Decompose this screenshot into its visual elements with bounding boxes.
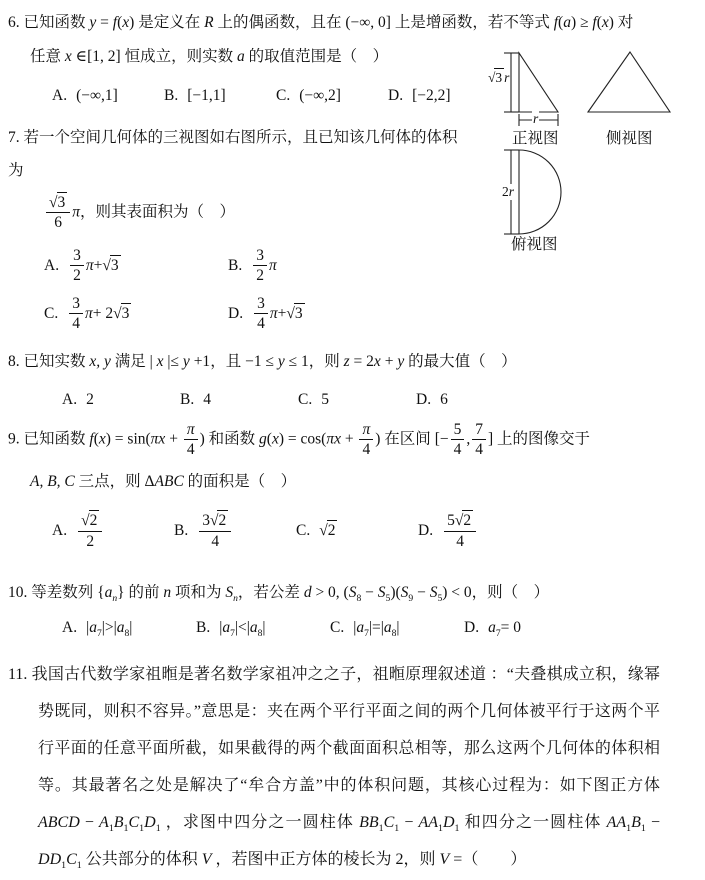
option-C: C.5 [298, 390, 416, 409]
option-D: D.a7 = 0 [464, 618, 598, 637]
front-view-label: 正视图 [512, 129, 559, 148]
subscripted-symbol: A1 [99, 814, 114, 831]
sqrt: √3 [49, 194, 67, 211]
subscripted-symbol: C1 [66, 851, 82, 868]
option-label: B. [180, 390, 194, 409]
side-view-triangle [588, 52, 670, 112]
option-label: B. [164, 86, 178, 105]
subscripted-symbol: a7 [222, 618, 235, 637]
option-label: C. [298, 390, 312, 409]
q6-options: A.(−∞,1]B.[−1,1]C.(−∞,2]D.[−2,2] [52, 86, 500, 105]
option-label: C. [44, 304, 58, 323]
front-view-figure [483, 48, 563, 130]
math-var: A [418, 814, 428, 831]
subscripted-symbol: D1 [144, 814, 161, 831]
sqrt: √3 [488, 70, 504, 86]
fraction: 74 [472, 421, 486, 459]
top-view-label: 俯视图 [511, 235, 558, 254]
option-label: C. [330, 618, 344, 637]
math-var: V [202, 851, 212, 868]
option-label: A. [62, 390, 77, 409]
math-var: R [204, 14, 213, 31]
math-var: r [533, 111, 538, 126]
subscripted-symbol: C1 [129, 814, 145, 831]
sqrt: √2 [455, 512, 473, 529]
subscripted-symbol: D1 [50, 851, 67, 868]
math-var: r [509, 184, 514, 199]
math-var: x [157, 353, 164, 370]
option-label: C. [296, 521, 310, 540]
subscripted-symbol: B1 [369, 814, 384, 831]
math-var: x [374, 353, 381, 370]
q9-line-1: 9. 已知函数 f(x) = sin(πx + π4) 和函数 g(x) = c… [8, 421, 590, 459]
q8-line-1: 8. 已知实数 x, y 满足 | x |≤ y +1，且 −1 ≤ y ≤ 1… [8, 352, 517, 371]
math-var: π [86, 256, 94, 275]
q7-line-2: 为 [8, 161, 24, 180]
subscripted-symbol: A1 [616, 814, 631, 831]
math-var: π [270, 304, 278, 323]
option-label: C. [276, 86, 290, 105]
subscripted-symbol: D1 [443, 814, 460, 831]
option-label: B. [228, 256, 242, 275]
q10-line-1: 10. 等差数列 {an} 的前 n 项和为 Sn，若公差 d > 0, (S8… [8, 583, 549, 602]
math-var: x [272, 430, 279, 447]
math-var: ABCD [38, 814, 80, 831]
q7-formula-line: √36π，则其表面积为（ ） [44, 194, 235, 232]
fraction: √36 [46, 194, 70, 232]
option-A: A.2 [62, 390, 180, 409]
math-var: r [504, 70, 509, 85]
subscripted-symbol: a8 [117, 618, 130, 637]
math-var: g [259, 430, 267, 447]
option-label: A. [44, 256, 59, 275]
option-label: B. [174, 521, 188, 540]
option-C: C.| a7 |=| a8 | [330, 618, 464, 637]
option-label: B. [196, 618, 210, 637]
math-var: x [602, 14, 609, 31]
subscripted-symbol: a7 [356, 618, 369, 637]
subscripted-symbol: S8 [349, 584, 362, 601]
option-A: A.| a7 |>| a8 | [62, 618, 196, 637]
math-var: a [237, 48, 245, 65]
option-C: C.(−∞,2] [276, 86, 388, 105]
subscripted-symbol: S5 [430, 584, 443, 601]
sqrt: √3 [113, 304, 131, 323]
front-view-base-dim-label: r [532, 111, 539, 127]
q9-line-2: A, B, C 三点，则 ΔABC 的面积是（ ） [30, 472, 296, 491]
subscripted-symbol: an [105, 584, 118, 601]
subscripted-symbol: B1 [114, 814, 129, 831]
subscripted-symbol: a7 [89, 618, 102, 637]
option-label: D. [416, 390, 431, 409]
math-var: D [38, 851, 50, 868]
front-view-triangle [519, 53, 558, 112]
option-label: A. [52, 521, 67, 540]
option-B: B.3√24 [174, 512, 296, 550]
fraction: √22 [78, 512, 102, 550]
fraction: π4 [359, 421, 373, 459]
fraction: 32 [253, 247, 267, 285]
math-var: n [163, 584, 171, 601]
exam-page: 6. 已知函数 y = f(x) 是定义在 R 上的偶函数，且在 (−∞, 0]… [0, 0, 705, 880]
math-var: πx [151, 430, 166, 447]
subscripted-symbol: a8 [384, 618, 397, 637]
top-view-diameter-dim-label: 2r [501, 184, 515, 200]
math-var: y [278, 353, 285, 370]
math-var: π [362, 421, 370, 438]
math-var: a [563, 14, 571, 31]
front-view-height-dim-label: √3r [487, 70, 510, 86]
option-C: C.34π + 2√3 [44, 295, 228, 333]
subscripted-symbol: B1 [631, 814, 646, 831]
option-label: D. [418, 521, 433, 540]
option-D: D.34π + √3 [228, 295, 448, 333]
math-var: B [359, 814, 369, 831]
math-var: πx [326, 430, 341, 447]
fraction: 5√24 [444, 512, 476, 550]
option-A: A.√22 [52, 512, 174, 550]
math-var: V [440, 851, 450, 868]
top-view-semicircle [519, 150, 561, 234]
q10-options: A.| a7 |>| a8 |B.| a7 |<| a8 |C.| a7 |=|… [62, 618, 598, 637]
sqrt: √2 [81, 512, 99, 529]
option-B: B.| a7 |<| a8 | [196, 618, 330, 637]
fraction: π4 [184, 421, 198, 459]
math-var: d [304, 584, 312, 601]
math-var: π [72, 203, 80, 220]
math-var: x [65, 48, 72, 65]
option-label: A. [52, 86, 67, 105]
sqrt: √3 [102, 256, 120, 275]
q11-paragraph: 11. 我国古代数学家祖暅是著名数学家祖冲之之子，祖暅原理叙述道 ：“夫叠棋成立… [8, 656, 660, 878]
math-var: x [99, 430, 106, 447]
option-B: B.32π [228, 247, 448, 285]
option-B: B.[−1,1] [164, 86, 276, 105]
sqrt: √3 [286, 304, 304, 323]
fraction: 34 [254, 295, 268, 333]
sqrt: √2 [319, 521, 337, 540]
subscripted-symbol: A1 [428, 814, 443, 831]
option-label: D. [464, 618, 479, 637]
q7-line-1: 7. 若一个空间几何体的三视图如右图所示，且已知该几何体的体积 [8, 128, 458, 147]
fraction: 34 [69, 295, 83, 333]
math-var: π [269, 256, 277, 275]
option-label: D. [228, 304, 243, 323]
option-C: C.√2 [296, 521, 418, 540]
math-var: π [187, 421, 195, 438]
option-label: A. [62, 618, 77, 637]
math-var: y [183, 353, 190, 370]
fraction: 54 [451, 421, 465, 459]
side-view-figure [585, 50, 675, 114]
math-var: x, y [89, 353, 111, 370]
option-A: A.(−∞,1] [52, 86, 164, 105]
math-var: π [85, 304, 93, 323]
option-label: D. [388, 86, 403, 105]
q6-line-2: 任意 x ∈[1, 2] 恒成立，则实数 a 的取值范围是（ ） [30, 47, 388, 66]
subscripted-symbol: a7 [488, 618, 501, 637]
math-var: A [607, 814, 617, 831]
q7-options: A.32π + √3B.32πC.34π + 2√3D.34π + √3 [44, 247, 448, 332]
q6-line-1: 6. 已知函数 y = f(x) 是定义在 R 上的偶函数，且在 (−∞, 0]… [8, 13, 633, 32]
fraction: 3√24 [199, 512, 231, 550]
sqrt: √2 [210, 512, 228, 529]
q8-options: A.2B.4C.5D.6 [62, 390, 534, 409]
math-var: A, B, C [30, 473, 75, 490]
subscripted-symbol: C1 [384, 814, 400, 831]
option-D: D.5√24 [418, 512, 540, 550]
math-var: ABC [155, 473, 184, 490]
q9-options: A.√22B.3√24C.√2D.5√24 [52, 505, 540, 557]
option-D: D.6 [416, 390, 534, 409]
side-view-label: 侧视图 [606, 129, 653, 148]
subscripted-symbol: a8 [250, 618, 263, 637]
subscripted-symbol: S5 [378, 584, 391, 601]
option-B: B.4 [180, 390, 298, 409]
subscripted-symbol: Sn [225, 584, 238, 601]
option-A: A.32π + √3 [44, 247, 228, 285]
fraction: 32 [70, 247, 84, 285]
subscripted-symbol: S9 [401, 584, 414, 601]
